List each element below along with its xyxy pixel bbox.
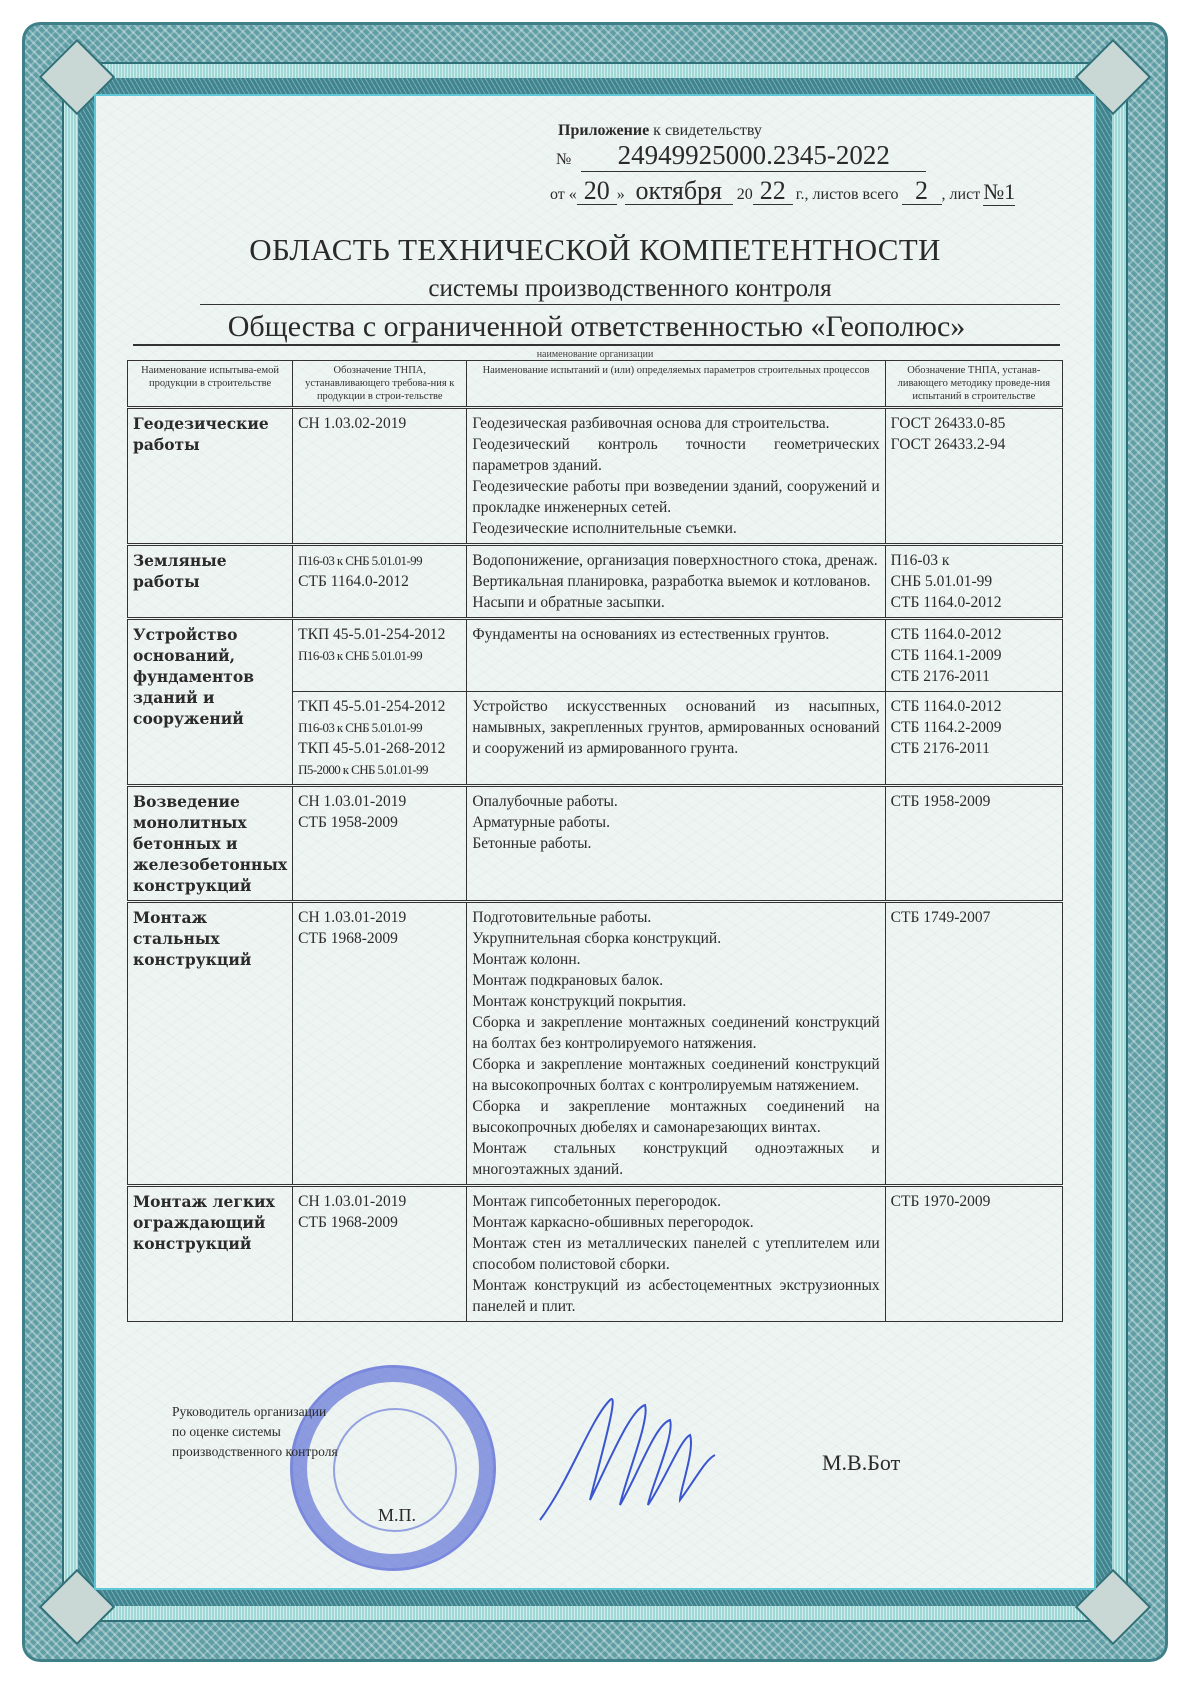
signer-title-line: производственного контроля <box>172 1442 338 1462</box>
table-row: Возведение монолитных бетонных и железоб… <box>128 786 1063 902</box>
tests-cell: Фундаменты на основаниях из естественных… <box>467 619 885 692</box>
test-item: Монтаж гипсобетонных перегородок. <box>472 1191 879 1212</box>
tnpa-code: ТКП 45-5.01-268-2012 <box>298 738 461 759</box>
date-line: от « 20 » октября 20 22 г., листов всего… <box>550 178 1015 206</box>
tests-cell: Подготовительные работы.Укрупнительная с… <box>467 902 885 1186</box>
tnpa-code: П5-2000 к СНБ 5.01.01-99 <box>298 759 461 780</box>
header-tests: Наименование испытаний и (или) определяе… <box>467 361 885 408</box>
tnpa-code: СТБ 1164.0-2012 <box>298 571 461 592</box>
method-tnpa-cell: СТБ 1164.0-2012СТБ 1164.1-2009СТБ 2176-2… <box>885 619 1062 692</box>
date-day: 20 <box>577 178 617 205</box>
tnpa-code: СТБ 1968-2009 <box>298 1212 461 1233</box>
method-code: СТБ 1958-2009 <box>891 791 1057 812</box>
product-cell: Устройство оснований, фундаментов зданий… <box>128 619 293 786</box>
test-item: Подготовительные работы. <box>472 907 879 928</box>
test-item: Сборка и закрепление монтажных соединени… <box>472 1012 879 1054</box>
appendix-rest: к свидетельству <box>649 122 762 139</box>
table-row: Монтаж легких ограждающий конструкцийСН … <box>128 1186 1063 1322</box>
method-tnpa-cell: П16-03 кСНБ 5.01.01-99СТБ 1164.0-2012 <box>885 545 1062 619</box>
table-header-row: Наименование испытыва-емой продукции в с… <box>128 361 1063 408</box>
tests-cell: Геодезическая разбивочная основа для стр… <box>467 408 885 545</box>
certificate-number-line: № 24949925000.2345-2022 <box>556 140 926 172</box>
tnpa-code: ТКП 45-5.01-254-2012 <box>298 696 461 717</box>
table-row: Геодезические работыСН 1.03.02-2019Геоде… <box>128 408 1063 545</box>
tnpa-code: П16-03 к СНБ 5.01.01-99 <box>298 550 461 571</box>
number-sign: № <box>556 151 571 169</box>
method-tnpa-cell: СТБ 1164.0-2012СТБ 1164.2-2009СТБ 2176-2… <box>885 692 1062 786</box>
sheet-label: , лист <box>942 186 981 204</box>
method-code: СТБ 1164.0-2012 <box>891 696 1057 717</box>
product-cell: Монтаж легких ограждающий конструкций <box>128 1186 293 1322</box>
seal-place-mark: М.П. <box>378 1505 416 1526</box>
signer-name: М.В.Бот <box>822 1450 900 1476</box>
tests-cell: Водопонижение, организация поверхностног… <box>467 545 885 619</box>
product-cell: Земляные работы <box>128 545 293 619</box>
test-item: Монтаж конструкций покрытия. <box>472 991 879 1012</box>
method-code: СТБ 1164.0-2012 <box>891 592 1057 613</box>
method-code: СТБ 2176-2011 <box>891 738 1057 759</box>
requirements-tnpa-cell: ТКП 45-5.01-254-2012П16-03 к СНБ 5.01.01… <box>293 619 467 692</box>
date-month: октября <box>625 178 733 205</box>
signer-title: Руководитель организации по оценке систе… <box>172 1402 338 1462</box>
certificate-number: 24949925000.2345-2022 <box>581 140 926 172</box>
method-tnpa-cell: СТБ 1958-2009 <box>885 786 1062 902</box>
appendix-bold: Приложение <box>558 122 649 139</box>
competence-table: Наименование испытыва-емой продукции в с… <box>127 360 1063 1322</box>
table-row: Земляные работыП16-03 к СНБ 5.01.01-99СТ… <box>128 545 1063 619</box>
tnpa-code: СН 1.03.01-2019 <box>298 1191 461 1212</box>
method-tnpa-cell: СТБ 1970-2009 <box>885 1186 1062 1322</box>
document-content: Приложение к свидетельству № 24949925000… <box>0 0 1190 1684</box>
method-code: СТБ 1164.0-2012 <box>891 624 1057 645</box>
requirements-tnpa-cell: СН 1.03.01-2019СТБ 1968-2009 <box>293 902 467 1186</box>
official-seal-icon <box>290 1365 496 1571</box>
appendix-label: Приложение к свидетельству <box>558 122 762 140</box>
method-code: СТБ 1970-2009 <box>891 1191 1057 1212</box>
test-item: Геодезические исполнительные съемки. <box>472 518 879 539</box>
tnpa-code: СН 1.03.01-2019 <box>298 791 461 812</box>
tests-cell: Монтаж гипсобетонных перегородок.Монтаж … <box>467 1186 885 1322</box>
test-item: Монтаж колонн. <box>472 949 879 970</box>
test-item: Вертикальная планировка, разработка выем… <box>472 571 879 592</box>
test-item: Монтаж стен из металлических панелей с у… <box>472 1233 879 1275</box>
signature-icon <box>530 1380 730 1530</box>
table-row: Устройство оснований, фундаментов зданий… <box>128 619 1063 692</box>
tests-cell: Опалубочные работы.Арматурные работы.Бет… <box>467 786 885 902</box>
method-code: СТБ 1749-2007 <box>891 907 1057 928</box>
header-product: Наименование испытыва-емой продукции в с… <box>128 361 293 408</box>
test-item: Сборка и закрепление монтажных соединени… <box>472 1096 879 1138</box>
year-suffix: 22 <box>753 178 793 205</box>
test-item: Монтаж подкрановых балок. <box>472 970 879 991</box>
year-prefix: 20 <box>737 186 753 204</box>
header-requirements-tnpa: Обозначение ТНПА, устанавливающего требо… <box>293 361 467 408</box>
signer-title-line: по оценке системы <box>172 1422 338 1442</box>
method-code: СТБ 1164.1-2009 <box>891 645 1057 666</box>
test-item: Бетонные работы. <box>472 833 879 854</box>
requirements-tnpa-cell: П16-03 к СНБ 5.01.01-99СТБ 1164.0-2012 <box>293 545 467 619</box>
tnpa-code: СТБ 1968-2009 <box>298 928 461 949</box>
organization-caption: наименование организации <box>0 349 1190 360</box>
tnpa-code: СТБ 1958-2009 <box>298 812 461 833</box>
tnpa-code: ТКП 45-5.01-254-2012 <box>298 624 461 645</box>
header-method-tnpa: Обозначение ТНПА, устанав-ливающего мето… <box>885 361 1062 408</box>
test-item: Водопонижение, организация поверхностног… <box>472 550 879 571</box>
requirements-tnpa-cell: СН 1.03.01-2019СТБ 1968-2009 <box>293 1186 467 1322</box>
test-item: Монтаж конструкций из асбестоцементных э… <box>472 1275 879 1317</box>
requirements-tnpa-cell: СН 1.03.01-2019СТБ 1958-2009 <box>293 786 467 902</box>
organization-name: Общества с ограниченной ответственностью… <box>133 310 1060 346</box>
test-item: Монтаж стальных конструкций одноэтажных … <box>472 1138 879 1180</box>
document-title: ОБЛАСТЬ ТЕХНИЧЕСКОЙ КОМПЕТЕНТНОСТИ <box>0 232 1190 268</box>
product-cell: Возведение монолитных бетонных и железоб… <box>128 786 293 902</box>
test-item: Геодезические работы при возведении здан… <box>472 476 879 518</box>
table-row: Монтаж стальных конструкцийСН 1.03.01-20… <box>128 902 1063 1186</box>
test-item: Геодезический контроль точности геометри… <box>472 434 879 476</box>
product-cell: Геодезические работы <box>128 408 293 545</box>
test-item: Укрупнительная сборка конструкций. <box>472 928 879 949</box>
method-code: СТБ 2176-2011 <box>891 666 1057 687</box>
method-tnpa-cell: ГОСТ 26433.0-85ГОСТ 26433.2-94 <box>885 408 1062 545</box>
tests-cell: Устройство искусственных оснований из на… <box>467 692 885 786</box>
requirements-tnpa-cell: ТКП 45-5.01-254-2012П16-03 к СНБ 5.01.01… <box>293 692 467 786</box>
method-code: ГОСТ 26433.0-85 <box>891 413 1057 434</box>
tnpa-code: СН 1.03.02-2019 <box>298 413 461 434</box>
table-body: Геодезические работыСН 1.03.02-2019Геоде… <box>128 408 1063 1322</box>
tnpa-code: П16-03 к СНБ 5.01.01-99 <box>298 645 461 666</box>
test-item: Геодезическая разбивочная основа для стр… <box>472 413 879 434</box>
sheets-total: 2 <box>902 178 942 205</box>
method-code: П16-03 к <box>891 550 1057 571</box>
method-tnpa-cell: СТБ 1749-2007 <box>885 902 1062 1186</box>
document-subtitle: системы производственного контроля <box>200 275 1060 305</box>
test-item: Фундаменты на основаниях из естественных… <box>472 624 879 645</box>
test-item: Арматурные работы. <box>472 812 879 833</box>
test-item: Монтаж каркасно-обшивных перегородок. <box>472 1212 879 1233</box>
test-item: Опалубочные работы. <box>472 791 879 812</box>
tnpa-code: СН 1.03.01-2019 <box>298 907 461 928</box>
signer-title-line: Руководитель организации <box>172 1402 338 1422</box>
sheets-label: г., листов всего <box>796 186 899 204</box>
method-code: СНБ 5.01.01-99 <box>891 571 1057 592</box>
date-quote: » <box>617 186 625 204</box>
test-item: Насыпи и обратные засыпки. <box>472 592 879 613</box>
test-item: Сборка и закрепление монтажных соединени… <box>472 1054 879 1096</box>
tnpa-code: П16-03 к СНБ 5.01.01-99 <box>298 717 461 738</box>
requirements-tnpa-cell: СН 1.03.02-2019 <box>293 408 467 545</box>
test-item: Устройство искусственных оснований из на… <box>472 696 879 759</box>
sheet-number: №1 <box>983 179 1015 206</box>
method-code: ГОСТ 26433.2-94 <box>891 434 1057 455</box>
product-cell: Монтаж стальных конструкций <box>128 902 293 1186</box>
method-code: СТБ 1164.2-2009 <box>891 717 1057 738</box>
date-prefix: от « <box>550 186 577 204</box>
